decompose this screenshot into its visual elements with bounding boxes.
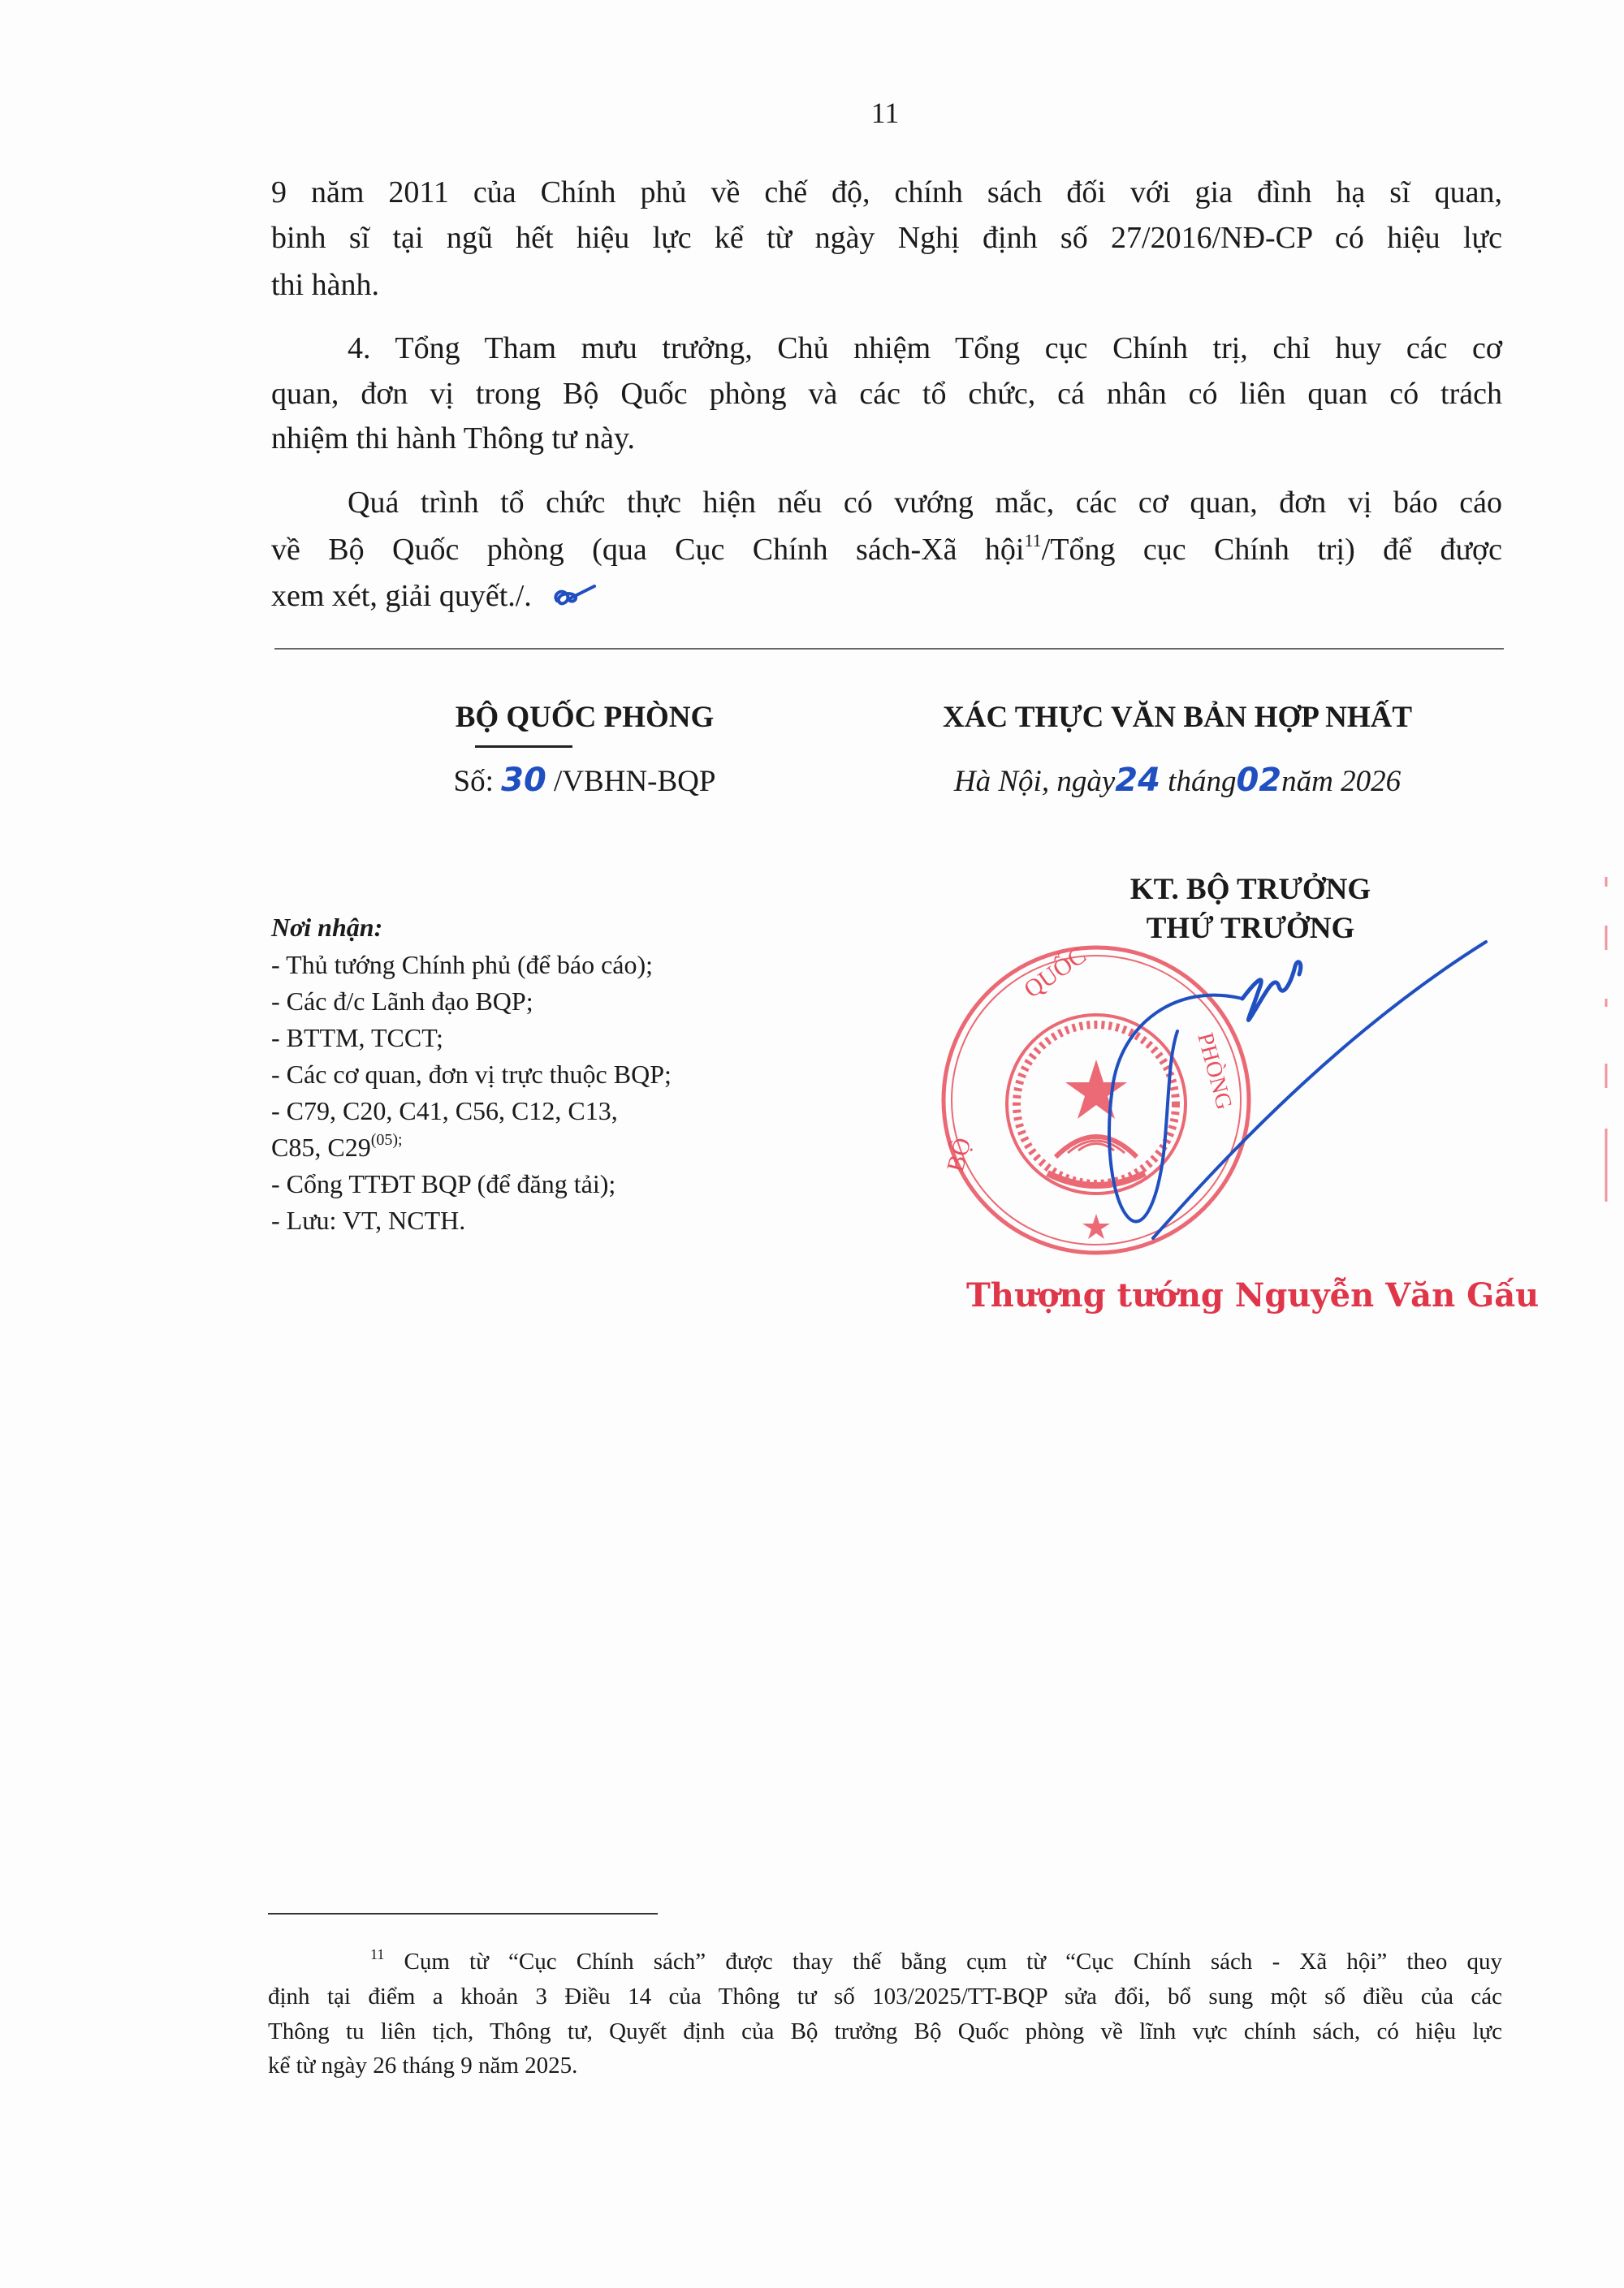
footnote-separator: [268, 1913, 658, 1915]
document-page: 11 9 năm 2011 của Chính phủ về chế độ, c…: [0, 0, 1624, 2288]
recipient-item: - C79, C20, C41, C56, C12, C13,: [271, 1096, 618, 1126]
footnote-reference[interactable]: 11: [1025, 530, 1042, 550]
document-number: Số: 30 /VBHN-BQP: [374, 762, 796, 799]
recipient-superscript: (05);: [371, 1131, 403, 1149]
recipient-item: - Cổng TTĐT BQP (để đăng tải);: [271, 1169, 615, 1199]
date-month-label: tháng: [1168, 765, 1236, 798]
page-number: 11: [0, 96, 1624, 130]
recipient-item: C85, C29(05);: [271, 1133, 403, 1163]
scan-edge-marks-icon: [1598, 861, 1614, 1283]
date-year: năm 2026: [1281, 765, 1401, 798]
footnote-line: Thông tu liên tịch, Thông tư, Quyết định…: [268, 2018, 1502, 2045]
closing-text-line: về Bộ Quốc phòng (qua Cục Chính sách-Xã …: [271, 534, 1502, 565]
document-number-suffix: /VBHN-BQP: [554, 765, 715, 798]
section-divider: [274, 648, 1504, 650]
footnote-line: 11 Cụm từ “Cục Chính sách” được thay thế…: [370, 1949, 1502, 1975]
closing-text-part: xem xét, giải quyết./.: [271, 579, 532, 613]
item-4-text-line: nhiệm thi hành Thông tư này.: [271, 423, 1502, 454]
initial-mark-icon: [551, 580, 599, 612]
item-4-text-line: quan, đơn vị trong Bộ Quốc phòng và các …: [271, 378, 1502, 409]
closing-text-part: về Bộ Quốc phòng (qua Cục Chính sách-Xã …: [271, 533, 1025, 567]
document-date: Hà Nội, ngày24 tháng02năm 2026: [877, 762, 1478, 799]
closing-text-line: Quá trình tổ chức thực hiện nếu có vướng…: [348, 487, 1502, 518]
date-month-handwritten: 02: [1236, 762, 1281, 799]
body-text-line: thi hành.: [271, 270, 1502, 300]
signature-title-line1: KT. BỘ TRƯỞNG: [966, 872, 1535, 907]
signer-name: Thượng tướng Nguyễn Văn Gấu: [966, 1276, 1535, 1315]
item-4-text-line: 4. Tổng Tham mưu trưởng, Chủ nhiệm Tổng …: [348, 333, 1502, 364]
footnote-line: định tại điểm a khoản 3 Điều 14 của Thôn…: [268, 1984, 1502, 2010]
closing-text-line: xem xét, giải quyết./.: [271, 580, 1502, 612]
document-title: XÁC THỰC VĂN BẢN HỢP NHẤT: [877, 700, 1478, 735]
recipient-item-text: C85, C29: [271, 1133, 371, 1162]
document-number-prefix: Số:: [454, 765, 494, 798]
recipient-item: - Lưu: VT, NCTH.: [271, 1206, 465, 1236]
date-day-handwritten: 24: [1115, 762, 1160, 799]
recipient-item: - BTTM, TCCT;: [271, 1023, 443, 1053]
recipients-label: Nơi nhận:: [271, 913, 382, 943]
recipient-item: - Các đ/c Lãnh đạo BQP;: [271, 986, 533, 1017]
body-text-line: 9 năm 2011 của Chính phủ về chế độ, chín…: [271, 177, 1502, 208]
recipient-item: - Thủ tướng Chính phủ (để báo cáo);: [271, 950, 653, 980]
issuer-name: BỘ QUỐC PHÒNG: [374, 700, 796, 735]
handwritten-signature-icon: [934, 926, 1543, 1267]
footnote-line: kể từ ngày 26 tháng 9 năm 2025.: [268, 2053, 1502, 2079]
document-number-handwritten: 30: [501, 762, 546, 799]
recipient-item: - Các cơ quan, đơn vị trực thuộc BQP;: [271, 1060, 672, 1090]
footnote-text: Cụm từ “Cục Chính sách” được thay thế bằ…: [404, 1949, 1503, 1975]
closing-text-part: /Tổng cục Chính trị) để được: [1042, 533, 1502, 567]
date-prefix: Hà Nội, ngày: [954, 765, 1115, 798]
body-text-line: binh sĩ tại ngũ hết hiệu lực kể từ ngày …: [271, 222, 1502, 253]
issuer-underline: [475, 745, 572, 748]
footnote-number: 11: [370, 1946, 384, 1962]
